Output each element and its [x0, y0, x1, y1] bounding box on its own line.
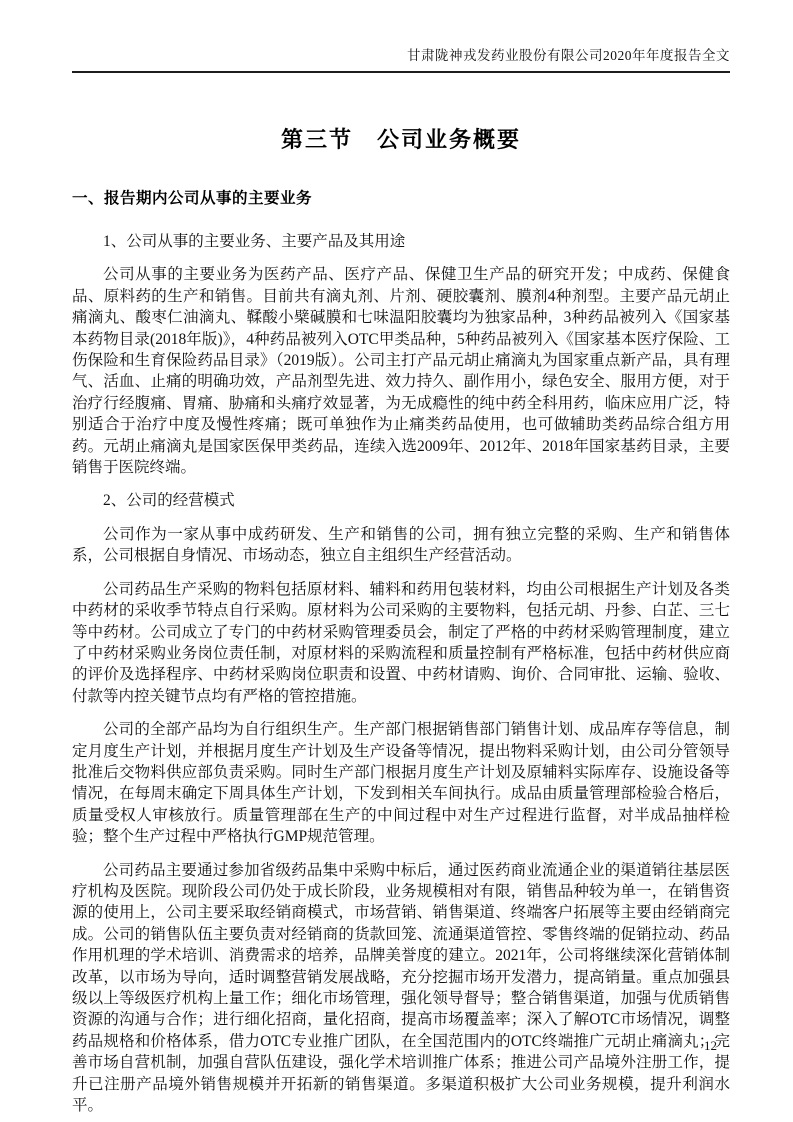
- page-header-text: 甘肃陇神戎发药业股份有限公司2020年年度报告全文: [407, 48, 730, 63]
- section-heading-main-business: 一、报告期内公司从事的主要业务: [72, 189, 730, 209]
- subheading-business-model: 2、公司的经营模式: [72, 490, 730, 511]
- paragraph-sales-model: 公司药品主要通过参加省级药品集中采购中标后，通过医药商业流通企业的渠道销往基层医…: [72, 860, 730, 1117]
- document-content: 第三节 公司业务概要 一、报告期内公司从事的主要业务 1、公司从事的主要业务、主…: [72, 73, 730, 1122]
- paragraph-procurement-model: 公司药品生产采购的物料包括原材料、辅料和药用包装材料，均由公司根据生产计划及各类…: [72, 579, 730, 707]
- subheading-main-business-products: 1、公司从事的主要业务、主要产品及其用途: [72, 231, 730, 252]
- page-title: 第三节 公司业务概要: [72, 125, 730, 155]
- paragraph-production-model: 公司的全部产品均为自行组织生产。生产部门根据销售部门销售计划、成品库存等信息，制…: [72, 719, 730, 847]
- page-header: 甘肃陇神戎发药业股份有限公司2020年年度报告全文: [72, 46, 730, 73]
- report-page: 甘肃陇神戎发药业股份有限公司2020年年度报告全文 第三节 公司业务概要 一、报…: [0, 0, 793, 1122]
- paragraph-main-business: 公司从事的主要业务为医药产品、医疗产品、保健卫生产品的研究开发；中成药、保健食品…: [72, 264, 730, 478]
- page-number: 12: [704, 1038, 717, 1054]
- paragraph-business-model-overview: 公司作为一家从事中成药研发、生产和销售的公司，拥有独立完整的采购、生产和销售体系…: [72, 524, 730, 567]
